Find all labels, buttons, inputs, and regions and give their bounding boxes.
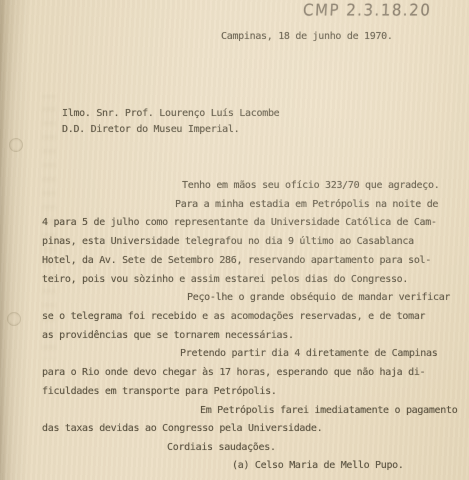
body-line: pinas, esta Universidade telegrafou no d… bbox=[42, 233, 467, 252]
body-line: Tenho em mãos seu ofício 323/70 que agra… bbox=[42, 177, 467, 196]
signature-line: (a) Celso Maria de Mello Pupo. bbox=[232, 460, 404, 471]
closing-salutation: Cordiais saudações. bbox=[42, 439, 467, 458]
body-line: Para a minha estadia em Petrópolis na no… bbox=[42, 196, 467, 215]
body-line: Em Petrópolis farei imediatamente o paga… bbox=[42, 402, 467, 421]
body-line: das taxas devidas ao Congresso pela Univ… bbox=[42, 420, 467, 439]
body-line: Peço-lhe o grande obséquio de mandar ver… bbox=[42, 289, 467, 308]
body-line: para o Rio onde devo chegar às 17 horas,… bbox=[42, 364, 467, 383]
body-line: teiro, pois vou sòzinho e assim estarei … bbox=[42, 271, 467, 290]
date-line: Campinas, 18 de junho de 1970. bbox=[221, 31, 393, 42]
letter-body: Tenho em mãos seu ofício 323/70 que agra… bbox=[42, 177, 467, 458]
recipient-name-line: Ilmo. Snr. Prof. Lourenço Luís Lacombe bbox=[62, 106, 279, 122]
paper-mark-bottom bbox=[7, 312, 21, 326]
body-line: se o telegrama foi recebido e as acomoda… bbox=[42, 308, 467, 327]
scan-left-edge-shadow bbox=[0, 0, 30, 480]
recipient-title-line: D.D. Diretor do Museu Imperial. bbox=[62, 122, 279, 138]
paper-mark-top bbox=[9, 138, 23, 152]
recipient-block: Ilmo. Snr. Prof. Lourenço Luís Lacombe D… bbox=[62, 106, 279, 137]
body-line: Pretendo partir dia 4 diretamente de Cam… bbox=[42, 345, 467, 364]
body-line: ficuldades em transporte para Petrópolis… bbox=[42, 383, 467, 402]
body-line: 4 para 5 de julho como representante da … bbox=[42, 214, 467, 233]
body-line: as providências que se tornarem necessár… bbox=[42, 327, 467, 346]
body-line: Hotel, da Av. Sete de Setembro 286, rese… bbox=[42, 252, 467, 271]
letter-page: CMP 2.3.18.20 Campinas, 18 de junho de 1… bbox=[0, 0, 469, 480]
archive-reference-stamp: CMP 2.3.18.20 bbox=[302, 0, 431, 19]
